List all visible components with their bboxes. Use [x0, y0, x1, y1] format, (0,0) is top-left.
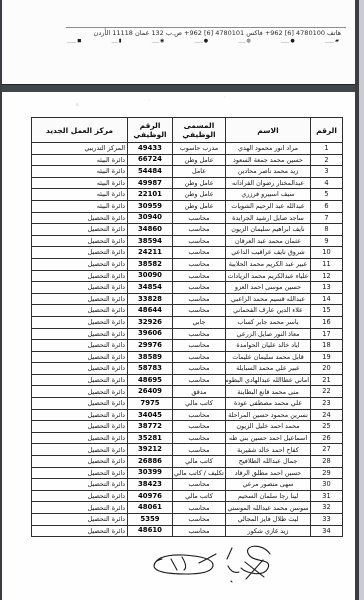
cell-employee-name: زيد محمد ناصر محادين [226, 166, 311, 178]
cell-job-number: 34854 [128, 282, 173, 294]
scan-left-edge [0, 0, 2, 600]
cell-job-title: محاسب [173, 432, 226, 444]
cell-job-title: محاسب [173, 305, 226, 317]
cell-new-work-center: دائرة التحصيل [32, 340, 128, 352]
cell-new-work-center: دائرة التحصيل [32, 212, 128, 224]
cell-employee-name: حسين موسى احمد العزو [226, 282, 311, 294]
table-row: 3زيد محمد ناصر محادينعامل54484دائرة البي… [32, 166, 343, 178]
cell-job-title: عامل [173, 166, 226, 178]
cell-employee-name: اياد خالد عليان الحوامدة [226, 340, 311, 352]
cell-job-title: محاسب [173, 258, 226, 270]
cell-row-number: 2 [311, 154, 343, 166]
cell-new-work-center: دائرة التحصيل [32, 293, 128, 305]
cell-employee-name: زيد غازي شكور [226, 525, 311, 537]
cell-row-number: 10 [311, 247, 343, 259]
cell-job-number: 32926 [128, 316, 173, 328]
cell-job-number: 49987 [128, 177, 173, 189]
cell-job-number: 39212 [128, 444, 173, 456]
col-header-name: الاسم [226, 118, 311, 143]
cell-job-number: 30399 [128, 467, 173, 479]
cell-row-number: 32 [311, 502, 343, 514]
cell-employee-name: قابل محمد سليمان عليمات [226, 351, 311, 363]
cell-employee-name: شروق نايف عراقيب الداعي [226, 247, 311, 259]
col-header-number: الرقم [311, 118, 343, 143]
cell-employee-name: ياسر محمد جابر كساب [226, 316, 311, 328]
cell-row-number: 30 [311, 479, 343, 491]
cell-new-work-center: دائرة التحصيل [32, 386, 128, 398]
cell-job-title: مدرب حاسوب [173, 143, 226, 155]
cell-employee-name: معاذ النور صايل الزرعي [226, 328, 311, 340]
cell-job-title: محاسب [173, 409, 226, 421]
cell-job-title: عامل وطن [173, 177, 226, 189]
table-row: 16ياسر محمد جابر كسابجابي32926دائرة التح… [32, 316, 343, 328]
pencil-mark: ٬ [148, 100, 150, 105]
letterhead-strip: هاتف 4780100 [6] 962+ فاكس 4780101 [6] 9… [2, 0, 355, 84]
cell-employee-name: اماني عطاالله عبدالهادي البطوش [226, 374, 311, 386]
cell-row-number: 31 [311, 490, 343, 502]
cell-row-number: 29 [311, 467, 343, 479]
cell-job-number: 66724 [128, 154, 173, 166]
pencil-mark: ٠ [223, 95, 226, 100]
cell-job-title: محاسب [173, 247, 226, 259]
cell-employee-name: جمال عبدالله الطلافيح [226, 456, 311, 468]
table-row: 24نسرين محمود حسين المراحلةمحاسب34045دائ… [32, 409, 343, 421]
cell-job-number: 30090 [128, 270, 173, 282]
cell-job-number: 26886 [128, 456, 173, 468]
table-row: 34زيد غازي شكورمحاسب48610دائرة التحصيل [32, 525, 343, 537]
cell-job-title: محاسب [173, 270, 226, 282]
table-row: 20عبير علي محمد السبايلةمحاسب58783دائرة … [32, 363, 343, 375]
cell-new-work-center: دائرة البيئه [32, 200, 128, 212]
table-row: 31لينا رجا سلمان السحيمكاتب مالي40976دائ… [32, 490, 343, 502]
cell-job-number: 38423 [128, 479, 173, 491]
cell-new-work-center: دائرة التحصيل [32, 467, 128, 479]
cell-employee-name: حسين احمد مطلق الرقاد [226, 467, 311, 479]
cell-job-number: 30959 [128, 200, 173, 212]
cell-row-number: 5 [311, 189, 343, 201]
cell-job-number: 38589 [128, 351, 173, 363]
cell-job-number: 48695 [128, 374, 173, 386]
cell-employee-name: عبدالله قسيم محمد الزاعبي [226, 293, 311, 305]
cell-row-number: 4 [311, 177, 343, 189]
cell-row-number: 12 [311, 270, 343, 282]
table-row: 17معاذ النور صايل الزرعيمحاسب39606دائرة … [32, 328, 343, 340]
email-icon: ● [290, 39, 294, 44]
table-row: 26اسماعيل احمد حسين بني طهمحاسب35281دائر… [32, 432, 343, 444]
cell-row-number: 9 [311, 235, 343, 247]
document-page: ٤ ٬ ٠ الرقم الاسم المسمى الوظيفي الرقم ا… [2, 92, 355, 600]
cell-job-title: محاسب [173, 224, 226, 236]
letterhead-icon-item: ◉ـــــــ [152, 39, 165, 44]
cell-job-number: 38772 [128, 421, 173, 433]
cell-job-number: 35281 [128, 432, 173, 444]
cell-job-number: 54484 [128, 166, 173, 178]
cell-new-work-center: دائرة التحصيل [32, 374, 128, 386]
cell-new-work-center: دائرة التحصيل [32, 224, 128, 236]
cell-new-work-center: دائرة التحصيل [32, 444, 128, 456]
cell-job-number: 24211 [128, 247, 173, 259]
table-row: 33ليث طلال فايز المجاليمحاسب5359دائرة ال… [32, 514, 343, 526]
table-row: 15علاء الدين عارف الفحمانيمحاسب48644دائر… [32, 305, 343, 317]
cell-new-work-center: دائرة التحصيل [32, 456, 128, 468]
table-row: 28جمال عبدالله الطلافيحكاتب مالي26886دائ… [32, 456, 343, 468]
cell-row-number: 18 [311, 340, 343, 352]
cell-employee-name: سيف اسبيرو فرزري [226, 189, 311, 201]
cell-new-work-center: دائرة التحصيل [32, 525, 128, 537]
table-row: 14عبدالله قسيم محمد الزاعبيمحاسب33828دائ… [32, 293, 343, 305]
letterhead-contact-line: هاتف 4780100 [6] 962+ فاكس 4780101 [6] 9… [51, 29, 341, 37]
cell-job-number: 48061 [128, 502, 173, 514]
cell-employee-name: عبير علي محمد السبايلة [226, 363, 311, 375]
cell-job-title: محاسب [173, 502, 226, 514]
cell-row-number: 23 [311, 398, 343, 410]
cell-row-number: 24 [311, 409, 343, 421]
cell-row-number: 11 [311, 258, 343, 270]
website-icon: ▰ [335, 39, 339, 44]
cell-job-number: 26409 [128, 386, 173, 398]
cell-employee-name: ليث طلال فايز المجالي [226, 514, 311, 526]
cell-job-number: 40976 [128, 490, 173, 502]
cell-job-number: 34045 [128, 409, 173, 421]
cell-job-title: محاسب [173, 340, 226, 352]
cell-new-work-center: دائرة التحصيل [32, 258, 128, 270]
col-header-new-center: مركز العمل الجديد [32, 118, 128, 143]
table-row: 9عثمان محمد عبد العرقانمحاسب38594دائرة ا… [32, 235, 343, 247]
cell-new-work-center: دائرة التحصيل [32, 479, 128, 491]
pencil-mark: ٤ [76, 103, 79, 108]
cell-job-title: محاسب [173, 293, 226, 305]
cell-job-title: كاتب مالي [173, 398, 226, 410]
cell-row-number: 7 [311, 212, 343, 224]
cell-employee-name: نسرين محمود حسين المراحلة [226, 409, 311, 421]
cell-job-number: 38582 [128, 258, 173, 270]
cell-employee-name: لينا رجا سلمان السحيم [226, 490, 311, 502]
cell-row-number: 20 [311, 363, 343, 375]
cell-job-title: محاسب [173, 363, 226, 375]
cell-row-number: 8 [311, 224, 343, 236]
cell-job-number: 48644 [128, 305, 173, 317]
letterhead-icon-item: ●ــــــــ [281, 39, 295, 44]
cell-row-number: 14 [311, 293, 343, 305]
cell-new-work-center: دائرة التحصيل [32, 270, 128, 282]
cell-new-work-center: دائرة البيئه [32, 189, 128, 201]
cell-new-work-center: المركز التدريبي [32, 143, 128, 155]
table-row: 5سيف اسبيرو فرزريعامل وطن22101دائرة البي… [32, 189, 343, 201]
cell-job-title: تكليف / كاتب مالي [173, 467, 226, 479]
cell-job-number: 7975 [128, 398, 173, 410]
cell-employee-name: نايف ابراهيم سليمان الزيون [226, 224, 311, 236]
letterhead-icon-label: ـــــــــ [325, 40, 334, 44]
cell-employee-name: اسماعيل احمد حسين بني طه [226, 432, 311, 444]
cell-job-title: محاسب [173, 525, 226, 537]
cell-new-work-center: دائرة التحصيل [32, 351, 128, 363]
letterhead-icon-label: ـــــــــ [67, 40, 76, 44]
table-row: 1مراد انور محمود الهديمدرب حاسوب49433الم… [32, 143, 343, 155]
cell-new-work-center: دائرة التحصيل [32, 514, 128, 526]
col-header-job-title: المسمى الوظيفي [173, 118, 226, 143]
table-row: 2حسين محمد جمعة السعودعامل وطن66724دائرة… [32, 154, 343, 166]
letterhead-icon-label: ــــــ [112, 40, 118, 44]
cell-job-number: 34860 [128, 224, 173, 236]
table-row: 7ساجد صايل ارشيد الجرايدةمحاسب30940دائرة… [32, 212, 343, 224]
phone-icon: ◼ [77, 39, 81, 44]
cell-employee-name: سهى منصور مرعي [226, 479, 311, 491]
cell-new-work-center: دائرة التحصيل [32, 235, 128, 247]
table-row: 6عبدالله عبد الرحيم الشوياتعامل وطن30959… [32, 200, 343, 212]
cell-row-number: 21 [311, 374, 343, 386]
cell-new-work-center: دائرة التحصيل [32, 409, 128, 421]
cell-row-number: 28 [311, 456, 343, 468]
table-row: 25محمد احمد خليل الزيونمحاسب38772دائرة ا… [32, 421, 343, 433]
cell-employee-name: علياء عبدالكريم محمد الزيادات [226, 270, 311, 282]
cell-new-work-center: دائرة التحصيل [32, 305, 128, 317]
table-row: 18اياد خالد عليان الحوامدةمحاسب29976دائر… [32, 340, 343, 352]
cell-job-title: كاتب مالي [173, 490, 226, 502]
cell-row-number: 33 [311, 514, 343, 526]
cell-row-number: 15 [311, 305, 343, 317]
letterhead-icon-item: ▰ـــــــــ [325, 39, 339, 44]
cell-employee-name: علاء الدين عارف الفحماني [226, 305, 311, 317]
cell-job-title: محاسب [173, 351, 226, 363]
cell-job-title: محاسب [173, 444, 226, 456]
letterhead-icon-item: ◼ـــــــــ [67, 39, 81, 44]
cell-new-work-center: دائرة البيئه [32, 177, 128, 189]
table-row: 27كفاح احمد خالد شقيريةمحاسب39212دائرة ا… [32, 444, 343, 456]
table-row: 23علي محمد مصطفى عودةكاتب مالي7975دائرة … [32, 398, 343, 410]
cell-job-number: 22101 [128, 189, 173, 201]
cell-job-title: محاسب [173, 328, 226, 340]
cell-job-title: عامل وطن [173, 154, 226, 166]
cell-job-number: 48610 [128, 525, 173, 537]
cell-job-number: 38594 [128, 235, 173, 247]
cell-job-title: محاسب [173, 235, 226, 247]
cell-new-work-center: دائرة التحصيل [32, 247, 128, 259]
table-row: 22منى محمد قانع البطاينةمدقق26409دائرة ا… [32, 386, 343, 398]
scanned-document: هاتف 4780100 [6] 962+ فاكس 4780101 [6] 9… [0, 0, 364, 600]
col-header-job-number: الرقم الوظيفي [128, 118, 173, 143]
table-row: 13حسين موسى احمد العزومحاسب34854دائرة ال… [32, 282, 343, 294]
letterhead-social-row: ▰ـــــــــ●ــــــــ◍ـــــــ●ــــــــ◉ـــ… [67, 39, 339, 44]
table-row: 29حسين احمد مطلق الرقادتكليف / كاتب مالي… [32, 467, 343, 479]
cell-job-number: 5359 [128, 514, 173, 526]
table-row: 19قابل محمد سليمان عليماتمحاسب38589دائرة… [32, 351, 343, 363]
cell-job-number: 58783 [128, 363, 173, 375]
cell-employee-name: ساجد صايل ارشيد الجرايدة [226, 212, 311, 224]
cell-row-number: 17 [311, 328, 343, 340]
letterhead-icon-item: ●ــــــــ [195, 39, 209, 44]
cell-row-number: 13 [311, 282, 343, 294]
cell-row-number: 19 [311, 351, 343, 363]
cell-row-number: 3 [311, 166, 343, 178]
letterhead-icon-item: ▮ــــــ [112, 39, 122, 44]
twitter-icon: ◍ [247, 39, 251, 44]
cell-new-work-center: دائرة التحصيل [32, 490, 128, 502]
cell-employee-name: علي محمد مصطفى عودة [226, 398, 311, 410]
cell-new-work-center: دائرة التحصيل [32, 502, 128, 514]
cell-employee-name: عبدالله عبد الرحيم الشويات [226, 200, 311, 212]
cell-job-title: محاسب [173, 421, 226, 433]
cell-new-work-center: دائرة التحصيل [32, 363, 128, 375]
cell-job-title: جابي [173, 316, 226, 328]
cell-new-work-center: دائرة التحصيل [32, 328, 128, 340]
cell-new-work-center: دائرة التحصيل [32, 421, 128, 433]
staff-transfer-table: الرقم الاسم المسمى الوظيفي الرقم الوظيفي… [31, 117, 343, 537]
cell-employee-name: حسين محمد جمعة السعود [226, 154, 311, 166]
cell-row-number: 34 [311, 525, 343, 537]
cell-row-number: 27 [311, 444, 343, 456]
cell-row-number: 22 [311, 386, 343, 398]
cell-new-work-center: دائرة التحصيل [32, 398, 128, 410]
table-row: 8نايف ابراهيم سليمان الزيونمحاسب34860دائ… [32, 224, 343, 236]
cell-new-work-center: دائرة البيئه [32, 154, 128, 166]
cell-employee-name: عبير عبد الكريم محمد الحلايبة [226, 258, 311, 270]
table-row: 11عبير عبد الكريم محمد الحلايبةمحاسب3858… [32, 258, 343, 270]
cell-employee-name: مراد انور محمود الهدي [226, 143, 311, 155]
table-row: 30سهى منصور مرعيمحاسب38423دائرة التحصيل [32, 479, 343, 491]
cell-job-title: كاتب مالي [173, 456, 226, 468]
facebook-icon: ● [204, 39, 208, 44]
youtube-icon: ▮ [119, 39, 122, 44]
table-row: 4عبدالمختار رضوان الفرادانهعامل وطن49987… [32, 177, 343, 189]
cell-employee-name: عبدالمختار رضوان الفرادانه [226, 177, 311, 189]
letterhead-icon-item: ◍ـــــــ [238, 39, 251, 44]
cell-employee-name: كفاح احمد خالد شقيرية [226, 444, 311, 456]
cell-row-number: 1 [311, 143, 343, 155]
cell-job-number: 49433 [128, 143, 173, 155]
cell-employee-name: عثمان محمد عبد العرقان [226, 235, 311, 247]
letterhead-icon-label: ــــــــ [195, 40, 203, 44]
table-row: 32سوسن محمد عبدالله الموسنيمحاسب48061دائ… [32, 502, 343, 514]
letterhead-divider [66, 27, 346, 28]
cell-row-number: 26 [311, 432, 343, 444]
cell-employee-name: سوسن محمد عبدالله الموسني [226, 502, 311, 514]
cell-job-title: محاسب [173, 514, 226, 526]
instagram-icon: ◉ [160, 39, 164, 44]
cell-employee-name: محمد احمد خليل الزيون [226, 421, 311, 433]
letterhead-icon-label: ـــــــ [238, 40, 245, 44]
cell-job-number: 29976 [128, 340, 173, 352]
cell-new-work-center: دائرة التحصيل [32, 432, 128, 444]
cell-job-title: عامل وطن [173, 200, 226, 212]
cell-job-number: 33828 [128, 293, 173, 305]
scan-right-edge-light [359, 0, 364, 600]
letterhead-icon-label: ـــــــ [152, 40, 159, 44]
cell-job-title: محاسب [173, 282, 226, 294]
cell-row-number: 16 [311, 316, 343, 328]
cell-job-number: 39606 [128, 328, 173, 340]
cell-job-title: محاسب [173, 212, 226, 224]
cell-employee-name: منى محمد قانع البطاينة [226, 386, 311, 398]
cell-job-number: 30940 [128, 212, 173, 224]
cell-job-title: عامل وطن [173, 189, 226, 201]
cell-job-title: مدقق [173, 386, 226, 398]
cell-new-work-center: دائرة البيئه [32, 166, 128, 178]
table-row: 12علياء عبدالكريم محمد الزياداتمحاسب3009… [32, 270, 343, 282]
cell-new-work-center: دائرة التحصيل [32, 282, 128, 294]
table-header-row: الرقم الاسم المسمى الوظيفي الرقم الوظيفي… [32, 118, 343, 143]
cell-new-work-center: دائرة التحصيل [32, 316, 128, 328]
cell-job-title: محاسب [173, 374, 226, 386]
cell-job-title: محاسب [173, 479, 226, 491]
handwritten-signature [142, 536, 312, 588]
cell-row-number: 6 [311, 200, 343, 212]
table-row: 10شروق نايف عراقيب الداعيمحاسب24211دائرة… [32, 247, 343, 259]
letterhead-icon-label: ــــــــ [281, 40, 289, 44]
table-row: 21اماني عطاالله عبدالهادي البطوشمحاسب486… [32, 374, 343, 386]
cell-row-number: 25 [311, 421, 343, 433]
